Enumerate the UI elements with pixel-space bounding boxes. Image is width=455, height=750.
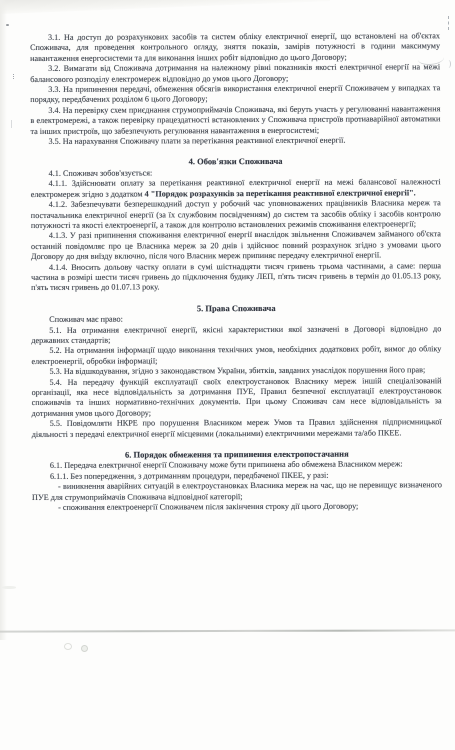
paragraph-3-3: 3.3. На припинення передачі, обмеження о…	[30, 83, 440, 106]
scan-speck	[11, 120, 14, 128]
scan-speck	[6, 24, 9, 26]
scan-edge-tick	[446, 60, 451, 68]
document-text-block: 3.1. На доступ до розрахункових засобів …	[30, 31, 442, 513]
paragraph-4-1-1: 4.1.1. Здійснювати оплату за перетікання…	[31, 177, 441, 200]
scan-edge-top	[0, 0, 330, 14]
scan-smudge	[2, 586, 16, 589]
page-bottom-edge-line	[0, 629, 455, 632]
paragraph-3-4: 3.4. На перевірку схем приєднання струмо…	[30, 104, 440, 137]
paragraph-3-5: 3.5. На нарахування Споживачу плати за п…	[30, 135, 440, 147]
paragraph-6-1-1-dash-1: - виникнення аварійних ситуацій в електр…	[32, 480, 442, 503]
section-4-heading: 4. Обов'язки Споживача	[31, 156, 441, 168]
scan-speck	[13, 74, 16, 79]
paragraph-3-2: 3.2. Вимагати від Споживача дотримання н…	[30, 62, 440, 85]
scan-speck	[64, 643, 72, 650]
paragraph-6-1-1-dash-2: - споживання електроенергії Споживачем п…	[32, 501, 442, 513]
paragraph-4-1-2: 4.1.2. Забезпечувати безперешкодний дост…	[31, 198, 441, 231]
scanned-contract-page: 3.1. На доступ до розрахункових засобів …	[0, 0, 455, 750]
scan-edge-tick	[448, 16, 450, 30]
paragraph-4-1-4: 4.1.4. Вносить дольову частку оплати в с…	[31, 261, 441, 294]
section-6-heading: 6. Порядок обмеження та припинення елект…	[32, 448, 442, 460]
paragraph-5-5: 5.5. Повідомляти НКРЕ про порушення Влас…	[32, 417, 442, 440]
paragraph-5-1: 5.1. На отримання електричної енергії, я…	[31, 324, 441, 347]
section-5-heading: 5. Права Споживача	[31, 302, 441, 314]
paragraph-6-1: 6.1. Передача електричної енергії Спожив…	[32, 460, 442, 472]
paragraph-4-1-1-bold-annex: 4 "Порядок розрахунків за перетікання ре…	[145, 188, 416, 198]
paragraph-5-2: 5.2. На отримання інформації щодо викона…	[31, 345, 441, 368]
paragraph-4-1-3: 4.1.3. У разі припинення споживання елек…	[31, 230, 441, 263]
scan-edge-left	[0, 0, 7, 640]
scan-speck	[81, 645, 88, 652]
paragraph-5-4: 5.4. На передачу функцій експлуатації св…	[32, 376, 442, 419]
paragraph-3-1: 3.1. На доступ до розрахункових засобів …	[30, 31, 440, 64]
